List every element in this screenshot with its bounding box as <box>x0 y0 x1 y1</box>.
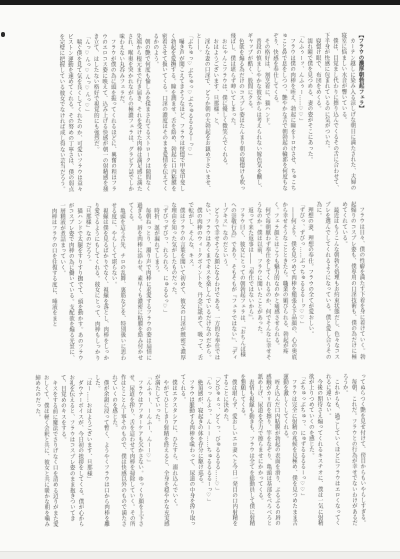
page-sheet: 【フラウの濃厚朝勃起フェラ】 カーテン越しに染み入る涼しげな朝日に満たされた、夫… <box>0 0 400 559</box>
band-1-text: カーテン越しに染み入る涼しげな朝日に満たされた、夫婦の寝室に悩ましい水音が響いて… <box>58 32 363 191</box>
section-title: 【フラウの濃厚朝勃起フェラ】 <box>357 32 363 111</box>
scan-bottom-edge <box>0 551 400 559</box>
text-band-1: 【フラウの濃厚朝勃起フェラ】 カーテン越しに染み入る涼しげな朝日に満たされた、夫… <box>25 32 374 194</box>
band-2-text: フラウは日々、僕の性癖を満たす下着を身に着けていく。勃起煽りのコスプレ姿も、僕専… <box>50 201 364 360</box>
text-band-3: ってぬらつく艶を見せ付けて、傍目からもいやらしすぎる。 毎朝、これだ。フラウとの… <box>26 373 375 529</box>
scanned-document-page: 【フラウの濃厚朝勃起フェラ】 カーテン越しに染み入る涼しげな朝日に満たされた、夫… <box>0 0 400 559</box>
band-3-text: ってぬらつく艶を見せ付けて、傍目からもいやらしすぎる。 毎朝、これだ。フラウとの… <box>34 373 365 527</box>
text-band-2: フラウは日々、僕の性癖を満たす下着を身に着けていく。勃起煽りのコスプレ姿も、僕専… <box>26 201 375 364</box>
